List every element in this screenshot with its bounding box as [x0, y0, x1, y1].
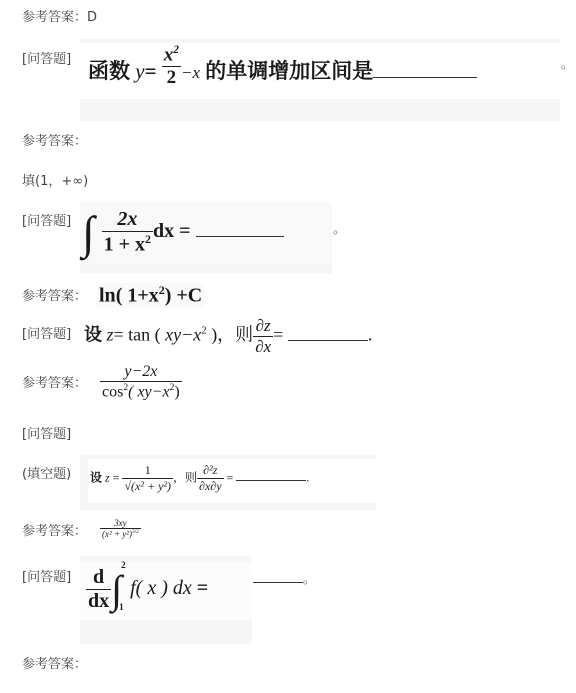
question-tag: [问答题] [22, 327, 71, 343]
answer-label: 参考答案： [22, 524, 87, 540]
question-image-partial: 设 z = 1 √(x² + y²) ，则 ∂²z ∂x∂y = . [80, 454, 376, 510]
answer-formula-3xy: 3xy (x² + y²)3/2 [100, 518, 141, 539]
blank-line: 。 [253, 570, 315, 587]
answer-value: D [87, 10, 97, 25]
answer-label: 参考答案： [22, 376, 87, 392]
answer-label: 参考答案： [22, 10, 87, 25]
period-mark: 。 [561, 55, 573, 72]
question-formula-tan: 设 z= tan ( xy−x2 )，则 ∂z ∂x = . [84, 316, 372, 357]
answer-formula-ln: ln( 1+x2) +C [96, 283, 205, 308]
answer-label: 参考答案： [22, 657, 87, 673]
question-image-integral: ∫ 2x 1 + x2 dx = [80, 202, 332, 274]
question-tag: [问答题] [22, 214, 71, 230]
answer-label: 参考答案： [22, 289, 87, 305]
question-image-derivative: d dx ∫ 2 1 f( x ) dx = [80, 556, 252, 644]
question-tag: [问答题] [22, 570, 71, 586]
question-tag: (填空题) [22, 467, 71, 483]
answer-label: 参考答案： [22, 134, 87, 150]
question-tag: [问答题] [22, 427, 71, 443]
answer-row-1: 参考答案：D [22, 10, 97, 26]
answer-formula-cos: y−2x cos2( xy−x2) [100, 363, 182, 401]
answer-text: 填(1，+∞) [22, 174, 88, 190]
question-tag: [问答题] [22, 52, 71, 68]
question-image-monotonic: 函数 y= x2 2 −x 的单调增加区间是 [80, 39, 560, 121]
formula-text: 函数 y= x2 2 −x 的单调增加区间是 [88, 55, 477, 89]
period-mark: 。 [333, 220, 345, 237]
